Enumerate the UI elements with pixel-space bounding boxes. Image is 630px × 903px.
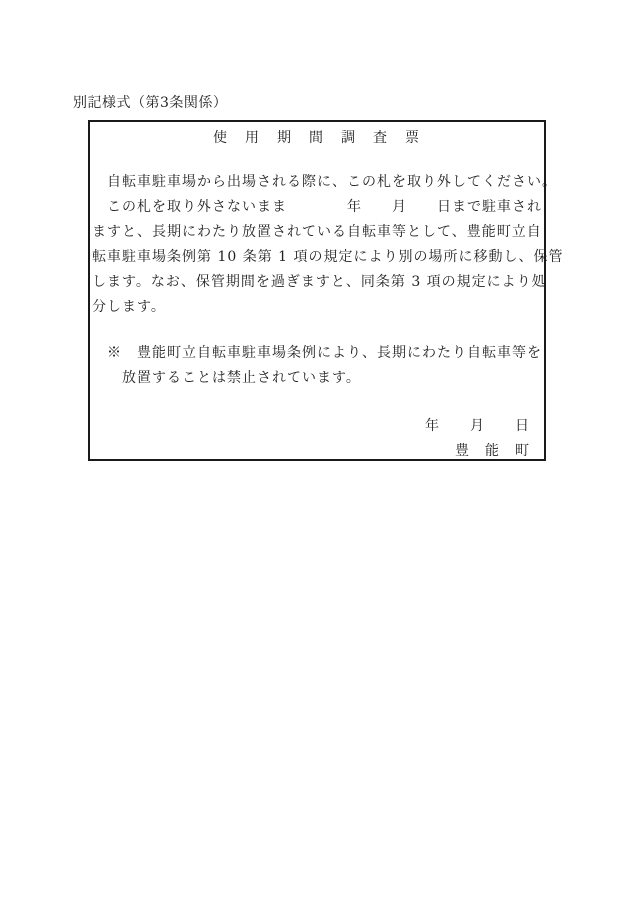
document-page: 別記様式（第3条関係） 使 用 期 間 調 査 票 自転車駐車場から出場される際…: [0, 0, 630, 903]
note-line: 放置することは禁止されています。: [92, 366, 542, 391]
note-line: ※ 豊能町立自転車駐車場条例により、長期にわたり自転車等を: [92, 341, 542, 366]
body-line: 転車駐車場条例第 10 条第 1 項の規定により別の場所に移動し、保管: [92, 245, 542, 270]
body-line: ますと、長期にわたり放置されている自転車等として、豊能町立自: [92, 220, 542, 245]
body-line: 自転車駐車場から出場される際に、この札を取り外してください。: [92, 170, 542, 195]
notice-box: 使 用 期 間 調 査 票 自転車駐車場から出場される際に、この札を取り外してく…: [88, 120, 546, 461]
notice-note: ※ 豊能町立自転車駐車場条例により、長期にわたり自転車等を 放置することは禁止さ…: [90, 341, 544, 391]
notice-title: 使 用 期 間 調 査 票: [90, 128, 544, 148]
date-line: 年 月 日: [90, 414, 530, 439]
body-line: この札を取り外さないまま 年 月 日まで駐車され: [92, 195, 542, 220]
body-line: 分します。: [92, 295, 542, 320]
signature-line: 豊 能 町: [90, 439, 530, 464]
form-label: 別記様式（第3条関係）: [73, 92, 227, 112]
body-line: します。なお、保管期間を過ぎますと、同条第 3 項の規定により処: [92, 270, 542, 295]
date-signature-block: 年 月 日 豊 能 町: [90, 414, 544, 464]
notice-body: 自転車駐車場から出場される際に、この札を取り外してください。 この札を取り外さな…: [90, 170, 544, 320]
